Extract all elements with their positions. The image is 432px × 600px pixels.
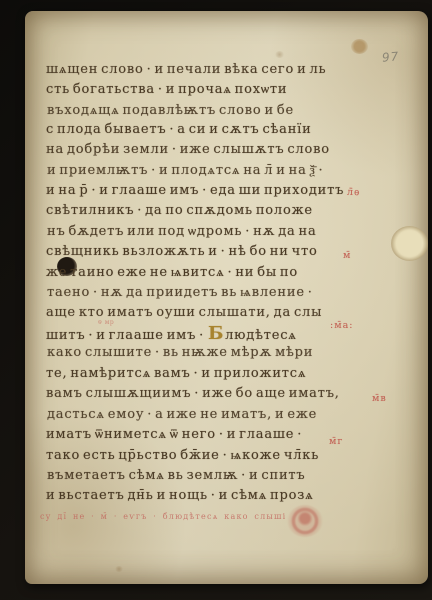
text-line: свѣщникь вьзложѫть и · нѣ бо ни что: [46, 244, 391, 264]
parchment-page: 97 шѧщен слово · и печали вѣка сего и ль…: [25, 11, 428, 584]
parchment-stain: [351, 39, 368, 54]
text-line: на добрѣи земли · иже слышѫтъ слово: [46, 142, 391, 162]
text-line: тако есть цр̄ьство бж̄ие · ѩкоже чл̄кь: [46, 447, 391, 467]
margin-section-number: м̄в: [372, 393, 387, 404]
text-line: шѧщен слово · и печали вѣка сего и ль: [46, 61, 391, 81]
text-segment: шитъ · и глааше имъ ·: [46, 328, 207, 343]
text-line: и на р̄ · и глааше имъ · еда ши приходит…: [46, 183, 391, 203]
text-line: вамъ слышѫщиимъ · иже бо аще иматъ,: [46, 386, 391, 406]
margin-section-number: :м̄а:: [330, 320, 353, 331]
interlinear-gloss: ѿ мр: [98, 319, 114, 326]
parchment-speck: [275, 51, 284, 58]
text-line: въходѧщѧ подавлѣѭтъ слово и бе: [47, 102, 392, 122]
margin-section-number: м̄: [343, 250, 351, 261]
library-stamp: [287, 505, 323, 537]
illuminated-initial: Б: [207, 323, 225, 344]
text-line: и вьстаетъ дн̄ь и нощь · и сѣмѧ прозѧ: [46, 487, 391, 507]
parchment-pale-spot: [391, 226, 428, 261]
margin-section-number: м̄г: [329, 436, 343, 447]
text-line: сть богатьства · и прочаѧ похѡти: [46, 81, 391, 101]
text-line: таено · нѫ да приидетъ вь ѩвление ·: [47, 284, 392, 304]
text-line: нъ бѫдетъ или под ѡдромь · нѫ да на: [47, 223, 392, 243]
lectionary-rubric: су дı̄ не · м̄ · еѵгъ · блюдѣтесѧ како с…: [40, 512, 310, 521]
text-line: како слышите · вь нѭже мѣрѫ мѣри: [47, 345, 392, 365]
text-line: свѣтилникъ · да по спѫдомь положе: [46, 203, 391, 223]
text-line: и приемлѭтъ · и плодѧтсѧ на л̄ и на ѯ̄ ·: [47, 162, 392, 182]
margin-section-number: л̄ѳ: [347, 187, 361, 198]
text-line: с плода бываетъ · а си и сѫтъ сѣанїи: [46, 122, 391, 142]
parchment-speck: [115, 566, 123, 572]
text-line: въметаетъ сѣмѧ вь землѭ · и спитъ: [47, 467, 392, 487]
text-line: дастьсѧ емоу · а иже не иматъ, и еже: [47, 406, 392, 426]
manuscript-photo: 97 шѧщен слово · и печали вѣка сего и ль…: [0, 0, 432, 600]
text-line: те, намѣритсѧ вамъ · и приложитсѧ: [46, 365, 391, 385]
text-segment: людѣтесѧ: [225, 328, 297, 343]
text-line: же таино еже не ѩвитсѧ · ни бы по: [46, 264, 391, 284]
